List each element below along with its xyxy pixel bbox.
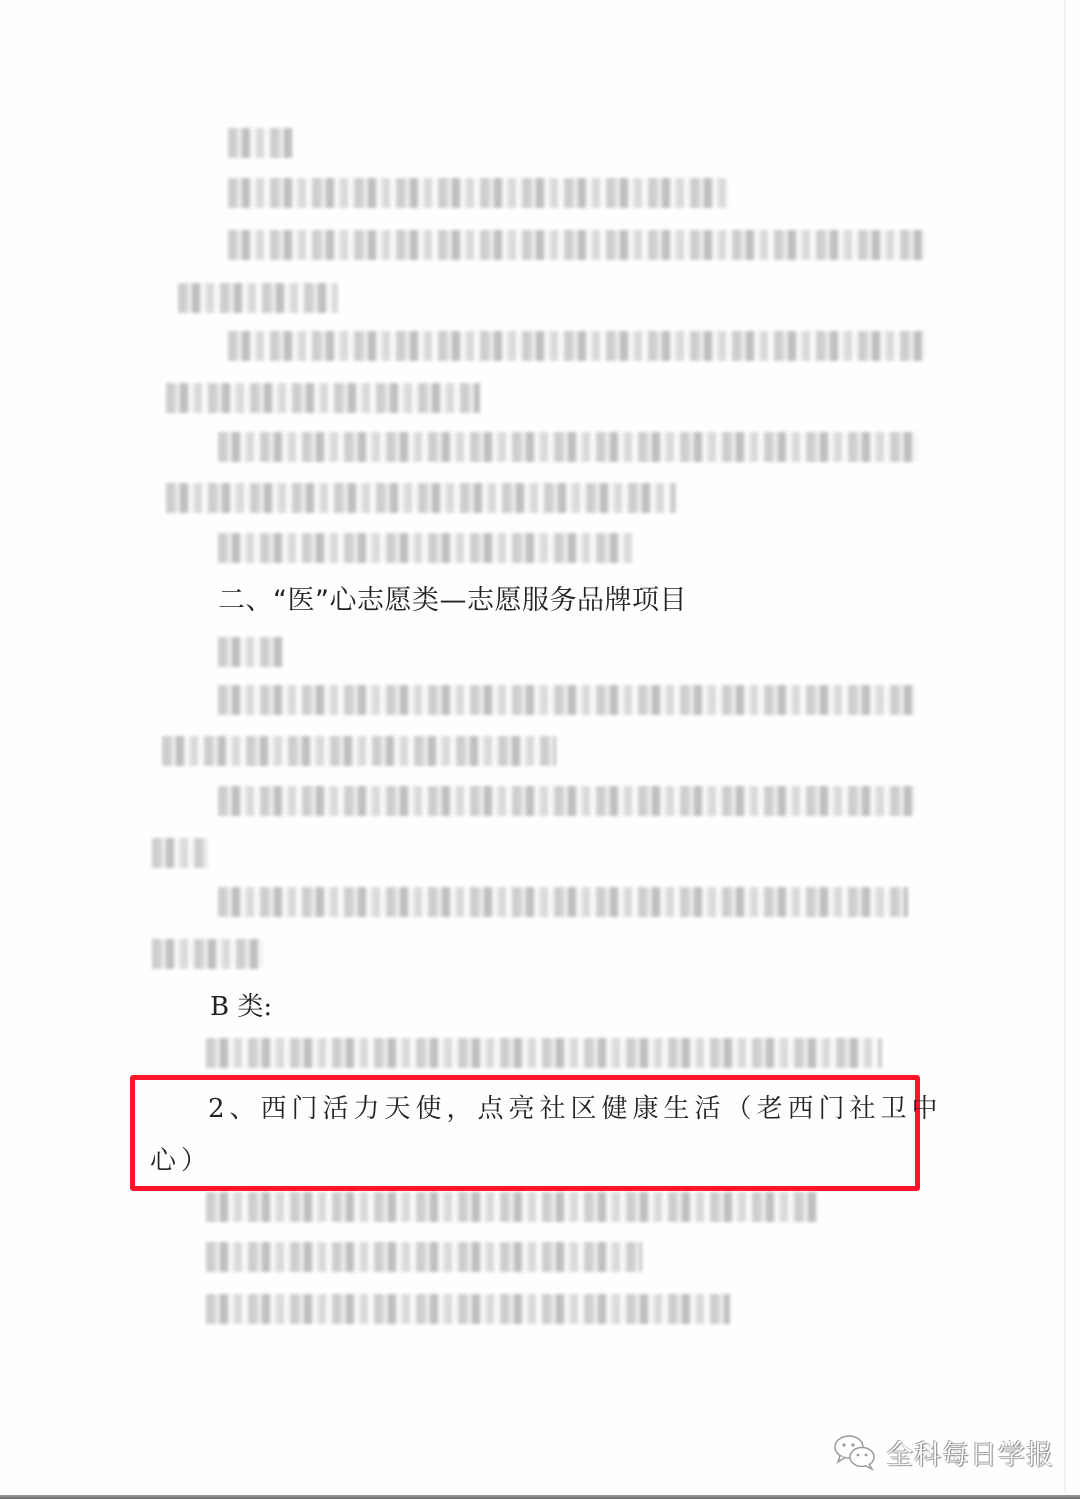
highlighted-item-line-1: 2、西门活力天使，点亮社区健康生活（老西门社卫中: [208, 1088, 943, 1125]
highlighted-item-line-2: 心）: [150, 1140, 212, 1177]
blurred-text-line: [218, 533, 632, 563]
watermark-text: 全科每日学报: [886, 1433, 1054, 1472]
blurred-text-line: [166, 383, 480, 413]
document-page: 二、“医”心志愿类—志愿服务品牌项目 B 类: 2、西门活力天使，点亮社区健康生…: [0, 0, 1066, 1493]
blurred-text-line: [206, 1192, 818, 1222]
blurred-text-line: [218, 685, 916, 715]
blurred-text-line: [152, 838, 208, 868]
blurred-text-line: [162, 736, 556, 766]
blurred-text-line: [218, 887, 908, 917]
blurred-text-line: [218, 432, 918, 462]
section-heading: 二、“医”心志愿类—志愿服务品牌项目: [218, 578, 687, 617]
watermark: 全科每日学报: [832, 1432, 1054, 1472]
blurred-text-line: [228, 230, 926, 260]
blurred-text-line: [218, 637, 284, 667]
wechat-icon: [832, 1432, 878, 1472]
blurred-text-line: [228, 178, 728, 208]
blurred-text-line: [178, 283, 338, 313]
blurred-text-line: [218, 786, 916, 816]
subsection-label: B 类:: [210, 986, 272, 1023]
page-bottom-edge: [0, 1495, 1080, 1499]
blurred-text-line: [228, 128, 294, 158]
blurred-text-line: [228, 331, 926, 361]
blurred-text-line: [152, 939, 264, 969]
blurred-text-line: [166, 483, 676, 513]
blurred-text-line: [206, 1242, 642, 1272]
blurred-text-line: [206, 1294, 730, 1324]
blurred-text-line: [206, 1038, 882, 1068]
